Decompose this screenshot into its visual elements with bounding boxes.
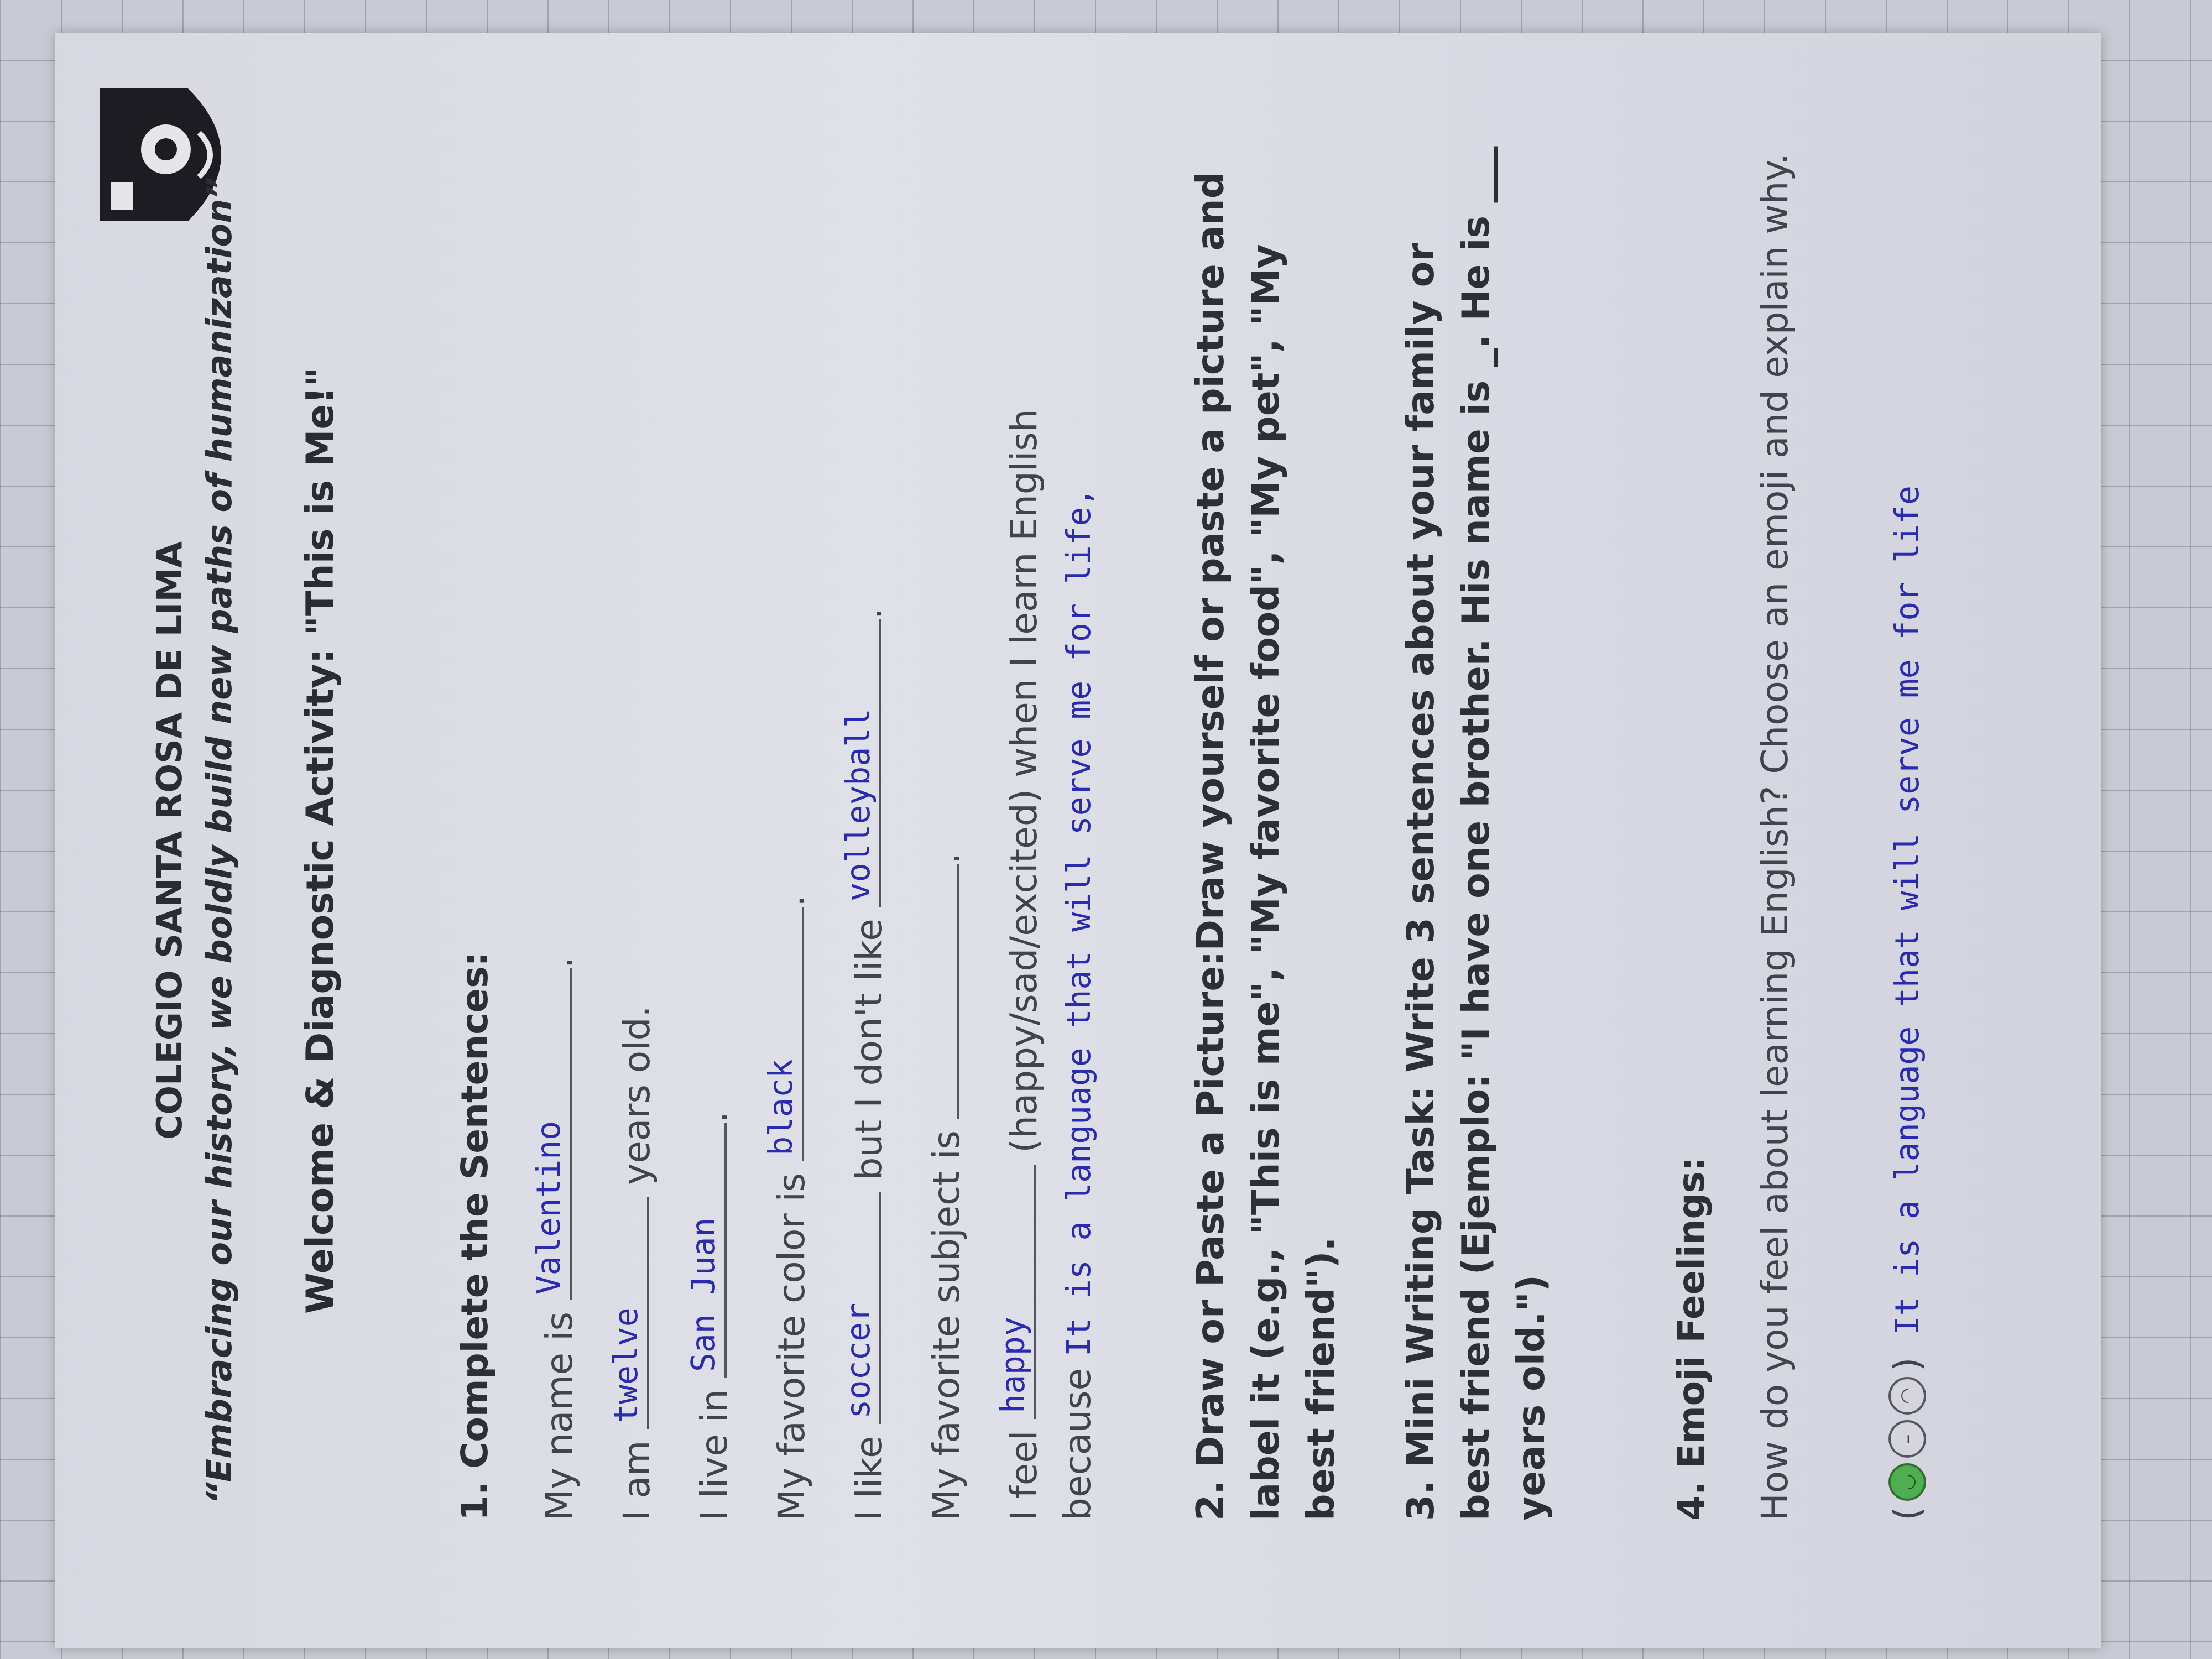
happy-emoji-icon[interactable]: ◡ (1888, 1463, 1926, 1501)
subject-field[interactable] (918, 864, 959, 1119)
sentence-color: My favorite color is black. (763, 895, 813, 1521)
worksheet-content: COLEGIO SANTA ROSA DE LIMA “Embracing ou… (55, 33, 2101, 1648)
sad-emoji-icon[interactable]: ◠ (1888, 1377, 1926, 1415)
because-answer[interactable]: It is a language that will serve me for … (1060, 488, 1098, 1357)
sentence-city: I live in San Juan. (686, 1112, 735, 1521)
name-field[interactable]: Valentino (531, 968, 572, 1300)
city-field[interactable]: San Juan (686, 1123, 727, 1378)
sentence-like: I like soccer but I don't like volleybal… (841, 608, 890, 1521)
age-field[interactable]: twelve (608, 1197, 649, 1429)
like-field[interactable]: soccer (841, 1192, 881, 1424)
emoji-choice-row: ( ◡ – ◠ ) It is a language that will ser… (1886, 486, 1928, 1521)
section3-instructions: 3. Mini Writing Task: Write 3 sentences … (1394, 138, 1559, 1521)
sentence-age: I am twelve years old. (608, 1006, 658, 1521)
color-field[interactable]: black (763, 907, 804, 1161)
sentence-because: because It is a language that will serve… (1056, 488, 1099, 1521)
sentence-feel: I feel happy (happy/sad/excited) when I … (995, 409, 1045, 1521)
emoji-explanation[interactable]: It is a language that will serve me for … (1888, 486, 1926, 1335)
school-motto: “Embracing our history, we boldly build … (199, 33, 239, 1648)
section1-heading: 1. Complete the Sentences: (453, 952, 496, 1521)
section4-question: How do you feel about learning English? … (1747, 138, 1803, 1521)
neutral-emoji-icon[interactable]: – (1888, 1420, 1926, 1458)
worksheet: COLEGIO SANTA ROSA DE LIMA “Embracing ou… (55, 33, 2101, 1648)
section4-heading: 4. Emoji Feelings: (1670, 1157, 1713, 1521)
sentence-subject: My favorite subject is . (918, 853, 968, 1521)
school-name: COLEGIO SANTA ROSA DE LIMA (149, 33, 190, 1648)
section2-instructions: 2. Draw or Paste a Picture:Draw yourself… (1183, 138, 1349, 1521)
dislike-field[interactable]: volleyball (841, 619, 881, 907)
activity-title: Welcome & Diagnostic Activity: "This is … (299, 33, 342, 1648)
sentence-name: My name is Valentino. (531, 957, 581, 1521)
feel-field[interactable]: happy (995, 1165, 1036, 1419)
